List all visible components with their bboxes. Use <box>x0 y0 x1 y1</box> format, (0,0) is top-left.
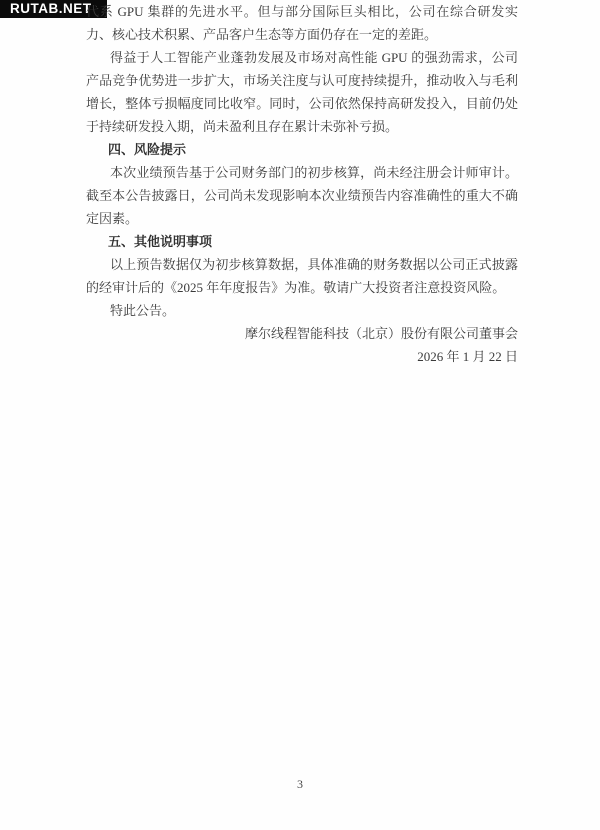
section-heading-risk: 四、风险提示 <box>86 138 518 161</box>
signature-date: 2026 年 1 月 22 日 <box>86 345 518 368</box>
paragraph-continuation: 代系 GPU 集群的先进水平。但与部分国际巨头相比，公司在综合研发实力、核心技术… <box>86 0 518 46</box>
signature-company: 摩尔线程智能科技（北京）股份有限公司董事会 <box>86 322 518 345</box>
document-body: 代系 GPU 集群的先进水平。但与部分国际巨头相比，公司在综合研发实力、核心技术… <box>86 0 518 368</box>
paragraph-risk: 本次业绩预告基于公司财务部门的初步核算，尚未经注册会计师审计。截至本公告披露日，… <box>86 161 518 230</box>
announcement-page: RUTAB.NET 代系 GPU 集群的先进水平。但与部分国际巨头相比，公司在综… <box>0 0 600 830</box>
paragraph-other-notes: 以上预告数据仅为初步核算数据，具体准确的财务数据以公司正式披露的经审计后的《20… <box>86 253 518 299</box>
closing-statement: 特此公告。 <box>86 299 518 322</box>
page-number: 3 <box>0 777 600 792</box>
paragraph-outlook: 得益于人工智能产业蓬勃发展及市场对高性能 GPU 的强劲需求，公司产品竞争优势进… <box>86 46 518 138</box>
section-heading-other-notes: 五、其他说明事项 <box>86 230 518 253</box>
